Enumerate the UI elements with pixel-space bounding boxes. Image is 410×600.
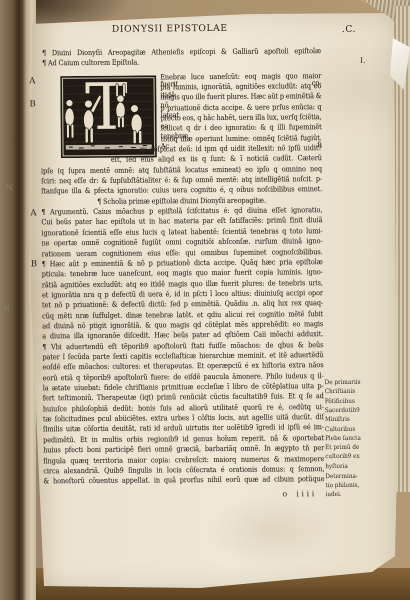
text-line: eſt, ſed eius aliqd ex iis q ſunt: & ĩ n… bbox=[111, 154, 322, 163]
gutter-mark: , bbox=[7, 131, 9, 140]
margin-note-line: Cultoribus bbox=[325, 426, 355, 433]
text-line: tet nõ p priuationẽ: & defectũ dictũ: ſe… bbox=[42, 299, 323, 309]
text-line: fert teſtimoniũ. Therapeutæ (iqt) primũ … bbox=[43, 393, 324, 403]
margin-note-line: iudei. bbox=[326, 491, 342, 498]
text-line: huiuſce philoſophiã dedũt: bonis ſuis ad… bbox=[43, 403, 324, 413]
text-line: ipſe (q ſupra mentẽ omnẽ: atq ſubſtãtiã … bbox=[41, 165, 322, 175]
book-page-photo: DIONYSII EPISTOLAE .C. ¶ Diuini Dionyſii… bbox=[0, 0, 410, 600]
margin-note-line: Chriſtianis bbox=[325, 389, 355, 396]
text-line: circa alexandriã. Quib9 ſingulis in loci… bbox=[43, 465, 324, 475]
margin-note-line: Determina- bbox=[325, 473, 357, 480]
text-line: ¶ Vbi aduertendũ eſt tẽporib9 apoſtolorũ… bbox=[42, 341, 323, 351]
text-line: et ignorãtia nra q p defectũ di uera é, … bbox=[42, 289, 323, 299]
text-line: ad diuinã nõ ptigit ignorãtiã. & quo mag… bbox=[42, 320, 323, 330]
printed-text-layer: DIONYSII EPISTOLAE .C. ¶ Diuini Dionyſii… bbox=[0, 0, 410, 600]
gutter-showthrough-marks: ,NN bbox=[0, 0, 408, 2]
text-line: ſtanſque illa & pfecta ignoratio: cuius … bbox=[41, 186, 322, 196]
margin-note-line: cultorib9 ex bbox=[325, 454, 359, 461]
margin-note-line: De primariis bbox=[325, 380, 361, 387]
text-line: eoſdẽ eſſe mõachos: cultores: et therape… bbox=[42, 361, 323, 371]
text-line: pticula: tenebræ luce uaneſcunt, eoq mag… bbox=[42, 268, 323, 278]
text-line: ſingula quæq territoria maior copia: cre… bbox=[43, 455, 324, 465]
gutter-mark: N bbox=[6, 183, 13, 192]
signature-mark: o iiii bbox=[282, 489, 316, 498]
text-line: la ætate uiuebat: fidele chriſtianis pri… bbox=[43, 382, 324, 392]
margin-notes-column: De primariisChriſtianisPõtificibusSacerd… bbox=[0, 0, 408, 2]
margin-letters: ABAB bbox=[0, 0, 408, 2]
text-line: Cui beũs pater hac epiſtola ut in hac ma… bbox=[41, 217, 322, 227]
epistle-number: I. bbox=[360, 55, 365, 64]
text-line: rãtiã agnitiões excludũt: atq eo itidẽ m… bbox=[42, 279, 323, 289]
text-line: ¶ Hæc aũt p eminentiã & nõ p priuationẽ … bbox=[42, 258, 323, 268]
text-line: pedimẽtũ. Et in multis orbis regionib9 i… bbox=[43, 434, 324, 444]
text-line: rationem ueram cognitionem eius eſſe: qu… bbox=[42, 248, 323, 258]
margin-note-line: Sacerdotib9 bbox=[325, 408, 360, 415]
page-heading: DIONYSII EPISTOLAE bbox=[112, 23, 228, 35]
text-line: ignorationẽ ſcientiã eſſe eius lucis q l… bbox=[41, 227, 322, 237]
margin-note-line: Plebe ſancta bbox=[325, 436, 361, 443]
margin-note-line: tio philonis, bbox=[325, 482, 359, 489]
text-line: ſciri: neq eſſe dr: & ſupſubſtãtialiter … bbox=[41, 175, 322, 185]
text-line: tæ ſolicitudines pcul abiiciẽtes. extra … bbox=[43, 413, 324, 423]
incipit-line-1: ¶ Diuini Dionyſii Areopagitæ Athenieſis … bbox=[42, 47, 321, 57]
incipit-line-2: ¶ Ad Caium cultorem Epiſtola. bbox=[42, 58, 139, 66]
folio-number: .C. bbox=[342, 23, 356, 34]
text-line: a diuina illa ignoranõe diſcedit. Hæc be… bbox=[42, 330, 323, 340]
text-line: & honeſtorũ cõuentus appellat. in quã pr… bbox=[43, 475, 324, 485]
text-line: huius pfecti boni participẽ fieri omnẽ g… bbox=[43, 444, 324, 454]
margin-letter: A bbox=[30, 208, 36, 218]
gutter-mark: N bbox=[3, 304, 10, 313]
margin-letter: A bbox=[29, 76, 35, 86]
text-line: qs cõſpicat deũ: id ipm qd uidit itellex… bbox=[140, 144, 322, 153]
text-line: pater ĩ ſecũda parte ſexti capitis eccle… bbox=[42, 351, 323, 361]
text-line: eorũ etiã q tẽporib9 apoſtolorũ fuere: d… bbox=[43, 372, 324, 382]
margin-note-line: hyſtoria bbox=[325, 464, 348, 471]
margin-letter: B bbox=[29, 99, 35, 109]
margin-letter: B bbox=[31, 259, 37, 269]
text-line: cũq mẽti nræ ſuffulget. dinæ tenebræ lat… bbox=[42, 310, 323, 320]
text-line: ſimilis uitæ cõſortia deuitãt, rati id a… bbox=[43, 423, 324, 433]
margin-note-line: Põtificibus bbox=[325, 398, 355, 405]
text-line: ne opertæ omnẽ cognitionẽ fugiũt omni co… bbox=[42, 237, 323, 247]
margin-note-line: Miniſtris bbox=[325, 417, 350, 424]
body-text-block: Enebræ luce uaneſcũt: eoq magis quo maio… bbox=[0, 0, 408, 2]
margin-note-line: Et primũ de bbox=[325, 445, 359, 452]
text-line: ¶ Scholia primæ epiſtolæ diuini Dionyſii… bbox=[97, 196, 266, 205]
text-line: ¶ Argumentũ. Caius mõachus p epiſtolã ſc… bbox=[41, 206, 322, 216]
